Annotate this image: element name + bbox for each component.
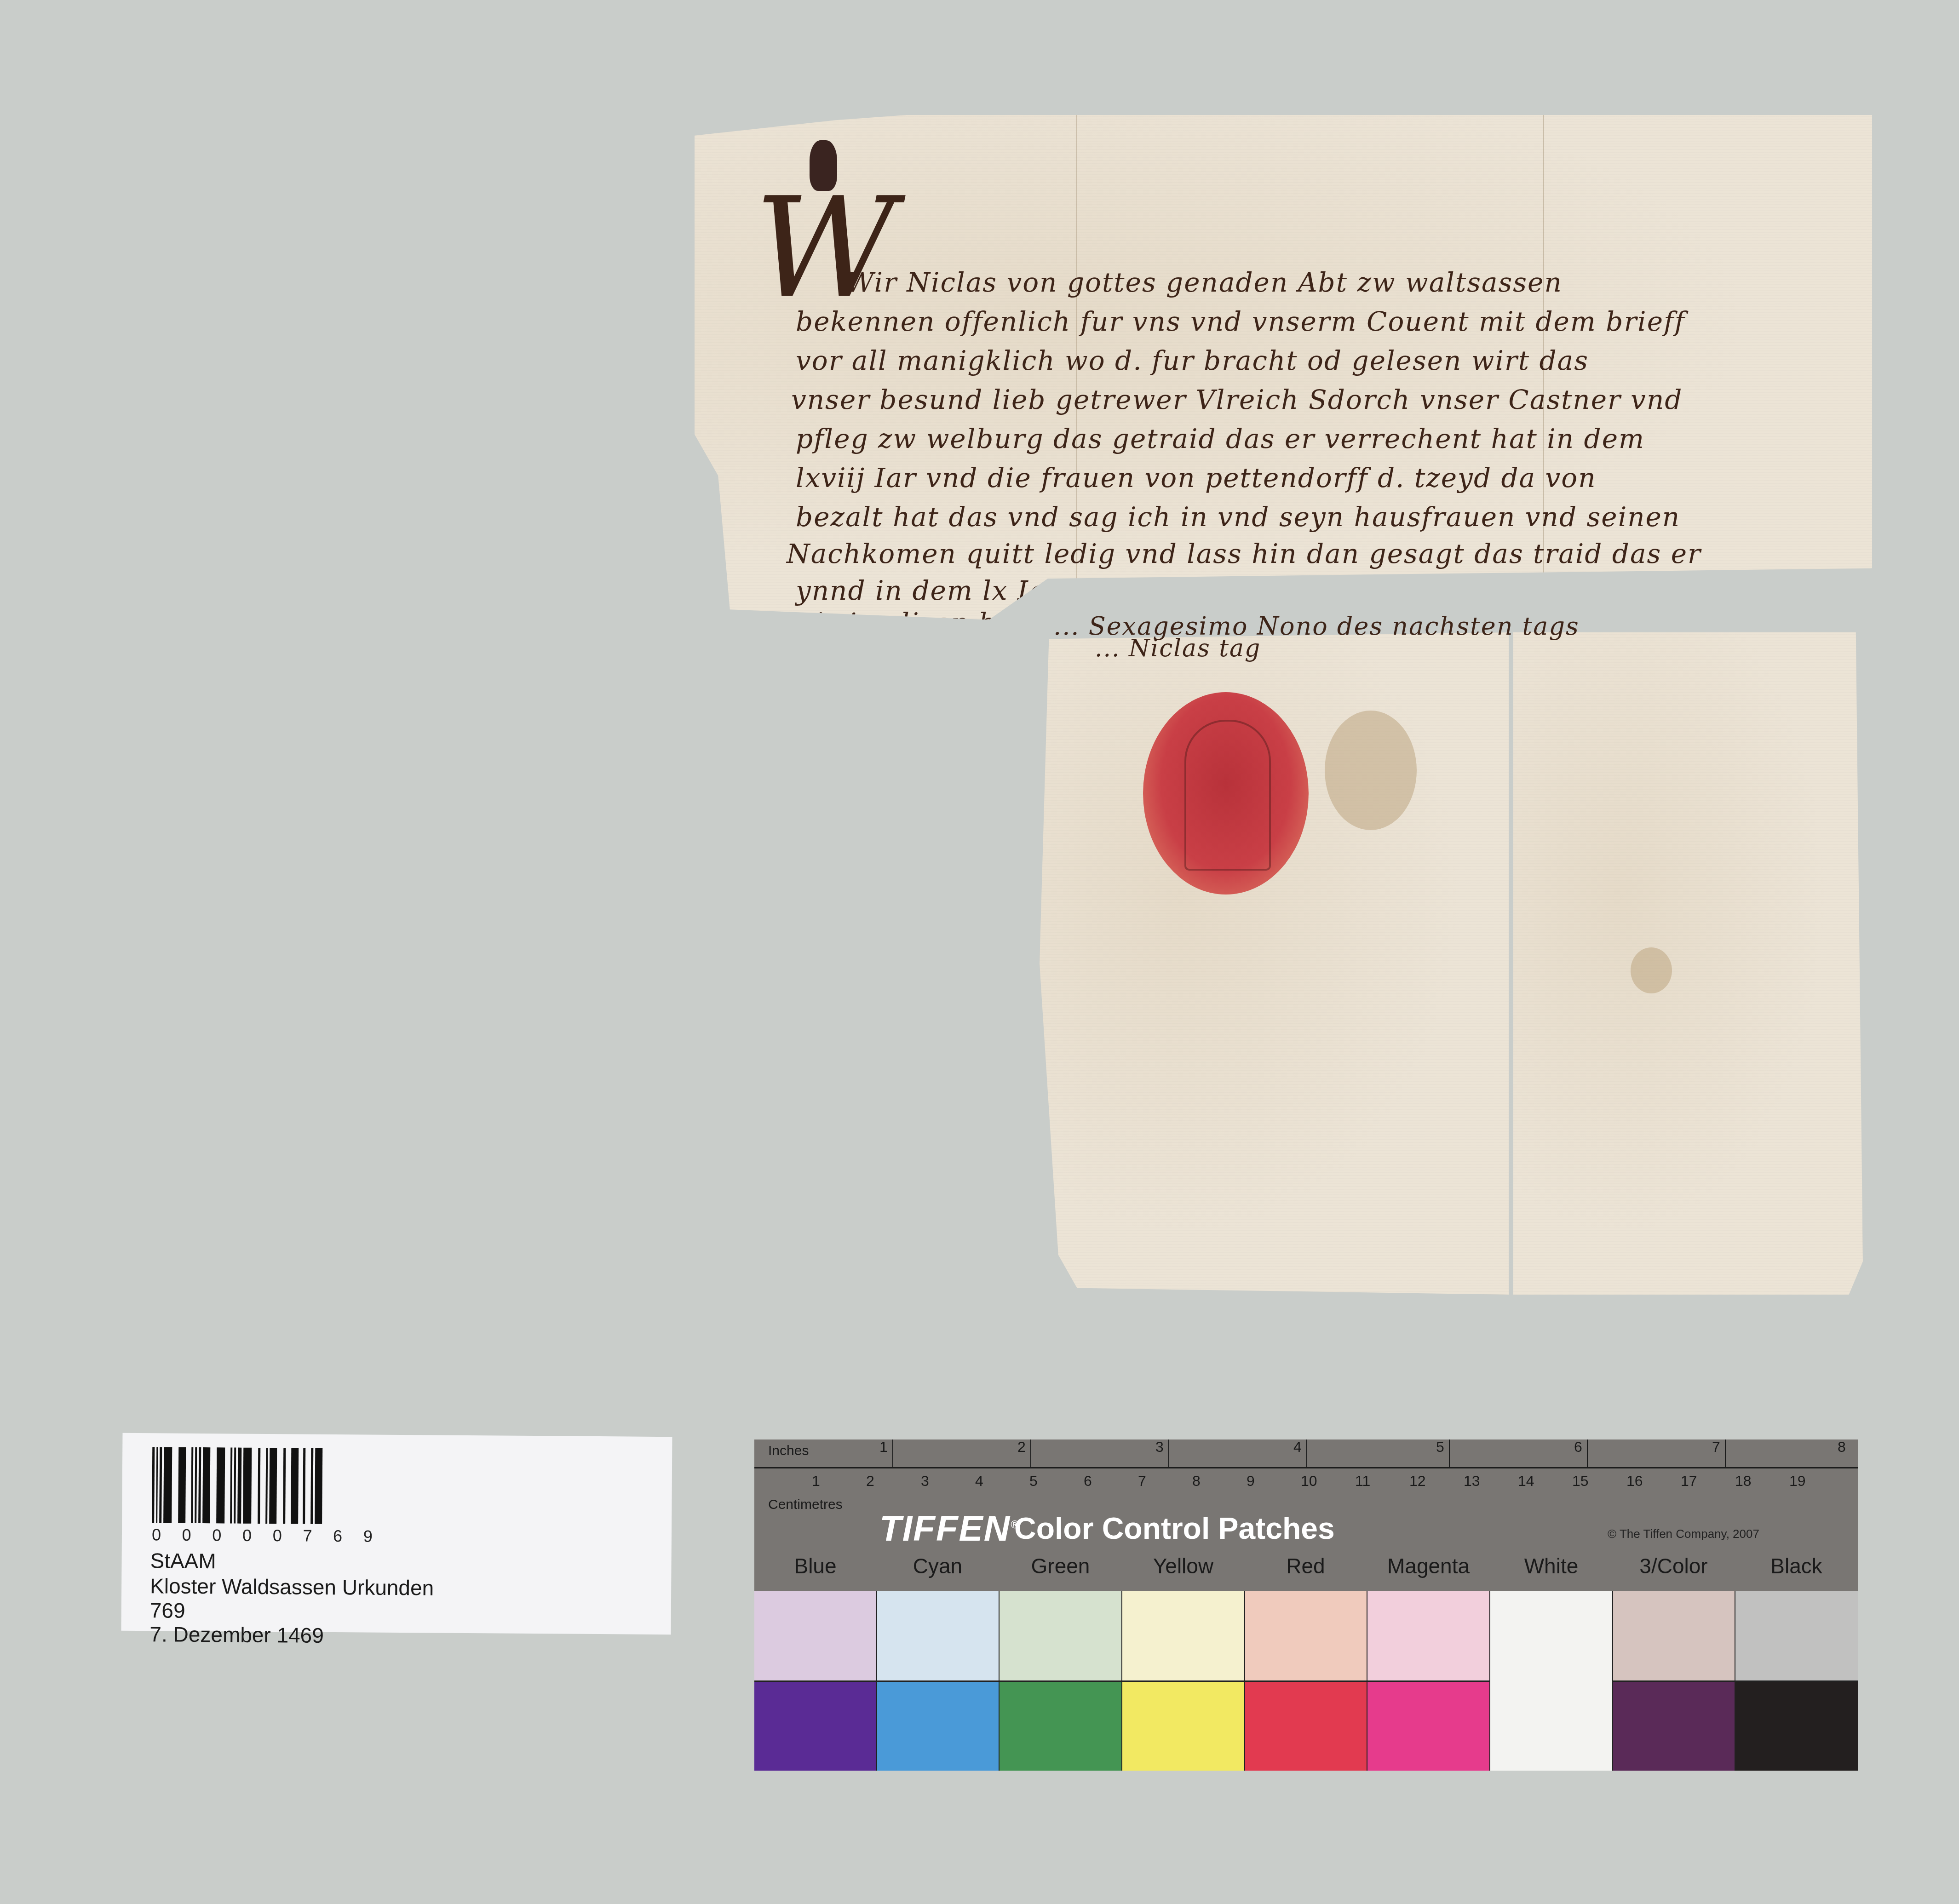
- copyright-notice: © The Tiffen Company, 2007: [1608, 1527, 1759, 1541]
- patch-3color: [1613, 1591, 1736, 1771]
- stain: [1325, 711, 1417, 830]
- patch-blue: [754, 1591, 877, 1771]
- collection-name: Kloster Waldsassen Urkunden: [150, 1573, 434, 1600]
- patch-label-red: Red: [1245, 1554, 1367, 1578]
- archive-name: StAAM: [150, 1548, 216, 1573]
- patch-white: [1490, 1591, 1613, 1771]
- patch-label-yellow: Yellow: [1122, 1554, 1244, 1578]
- text-line: pfleg zw welburg das getraid das er verr…: [695, 423, 1872, 454]
- archive-label: 0 0 0 0 0 7 6 9 StAAM Kloster Waldsassen…: [121, 1433, 672, 1634]
- text-line: vor all manigklich wo d. fur bracht od g…: [695, 345, 1872, 376]
- patch-label-blue: Blue: [754, 1554, 876, 1578]
- chart-header: Inches 1 2 3 4 5 6 7 8 1 2 3 4 5 6 7 8 9…: [754, 1439, 1858, 1591]
- tiffen-logo: TIFFEN®: [879, 1508, 1020, 1549]
- text-line: Nachkomen quitt ledig vnd lass hin dan g…: [695, 538, 1872, 569]
- wax-seal: [1143, 692, 1309, 895]
- inches-label: Inches: [768, 1443, 809, 1459]
- patch-label-3color: 3/Color: [1613, 1554, 1735, 1578]
- barcode: [152, 1447, 373, 1524]
- patch-label-magenta: Magenta: [1367, 1554, 1489, 1578]
- charter-lower-sheet-right: [1513, 632, 1863, 1295]
- inch-ruler: Inches 1 2 3 4 5 6 7 8: [754, 1439, 1858, 1468]
- patch-red: [1245, 1591, 1368, 1771]
- patch-black: [1735, 1591, 1858, 1771]
- stain: [1631, 947, 1672, 993]
- chart-title: Color Control Patches: [1014, 1511, 1335, 1546]
- text-line: bekennen offenlich fur vns vnd vnserm Co…: [695, 306, 1872, 337]
- barcode-number: 0 0 0 0 0 7 6 9: [152, 1525, 373, 1546]
- patch-label-green: Green: [1000, 1554, 1121, 1578]
- patch-label-black: Black: [1735, 1554, 1857, 1578]
- charter-upper-sheet: W Wir Niclas von gottes genaden Abt zw w…: [695, 115, 1872, 630]
- centimetres-label: Centimetres: [768, 1497, 843, 1513]
- patch-magenta: [1367, 1591, 1490, 1771]
- text-line: vnser besund lieb getrewer Vlreich Sdorc…: [695, 384, 1872, 415]
- patch-label-cyan: Cyan: [877, 1554, 999, 1578]
- text-line: bezalt hat das vnd sag ich in vnd seyn h…: [695, 501, 1872, 533]
- patch-label-white: White: [1490, 1554, 1612, 1578]
- patch-green: [1000, 1591, 1122, 1771]
- color-patches: [754, 1591, 1858, 1771]
- patch-yellow: [1122, 1591, 1245, 1771]
- color-control-chart: Inches 1 2 3 4 5 6 7 8 1 2 3 4 5 6 7 8 9…: [754, 1439, 1858, 1771]
- text-line: ynnd in dem lx Iar ein nemen ist Des zw …: [695, 575, 1872, 606]
- document-number: 769: [150, 1598, 185, 1623]
- text-line: Wir Niclas von gottes genaden Abt zw wal…: [695, 267, 1872, 298]
- patch-cyan: [877, 1591, 1000, 1771]
- document-date: 7. Dezember 1469: [149, 1622, 324, 1648]
- seal-figure: [1184, 720, 1271, 871]
- text-line: ... Sexagesimo Nono des nachsten tags: [1053, 612, 1580, 641]
- text-line: lxviij Iar vnd die frauen von pettendorf…: [695, 462, 1872, 493]
